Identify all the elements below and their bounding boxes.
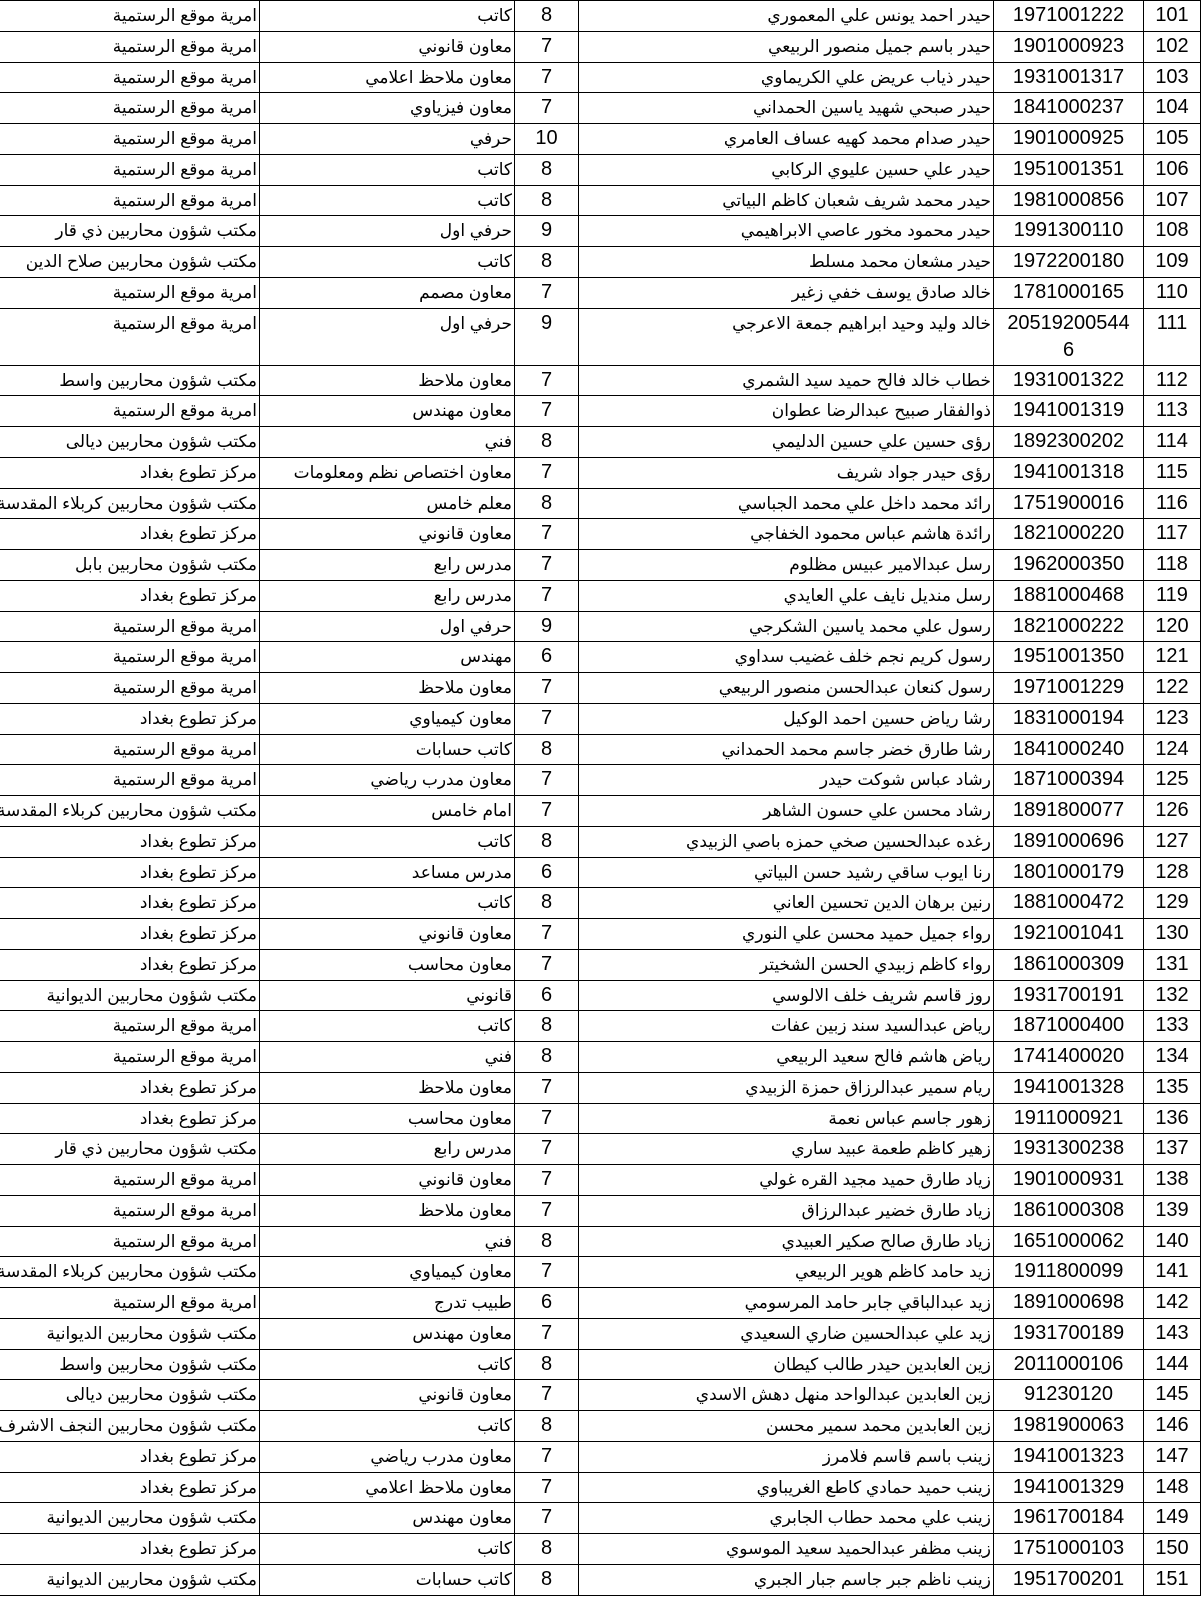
cell-id-number: 205192005446 [994, 308, 1144, 365]
cell-row-number: 129 [1144, 888, 1201, 919]
cell-grade: 9 [515, 216, 579, 247]
cell-office: مكتب شؤون محاربين كربلاء المقدسة [0, 796, 260, 827]
cell-job-title: معاون مدرب رياضي [260, 765, 515, 796]
table-row: 1201821000222رسول علي محمد ياسين الشكرجي… [0, 611, 1201, 642]
cell-office: امرية موقع الرستمية [0, 734, 260, 765]
cell-row-number: 142 [1144, 1288, 1201, 1319]
cell-row-number: 128 [1144, 857, 1201, 888]
cell-id-number: 1931700189 [994, 1318, 1144, 1349]
cell-grade: 8 [515, 1226, 579, 1257]
cell-job-title: معاون مصمم [260, 277, 515, 308]
cell-office: مكتب شؤون محاربين واسط [0, 1349, 260, 1380]
cell-office: مكتب شؤون محاربين الديوانية [0, 980, 260, 1011]
cell-row-number: 109 [1144, 247, 1201, 278]
cell-job-title: مدرس مساعد [260, 857, 515, 888]
cell-full-name: زينب حميد حمادي كاطع الغريباوي [579, 1472, 994, 1503]
cell-grade: 9 [515, 611, 579, 642]
cell-id-number: 1931300238 [994, 1134, 1144, 1165]
cell-full-name: حيدر باسم جميل منصور الربيعي [579, 31, 994, 62]
cell-row-number: 104 [1144, 93, 1201, 124]
cell-office: امرية موقع الرستمية [0, 1165, 260, 1196]
cell-job-title: معاون ملاحظ [260, 673, 515, 704]
cell-office: امرية موقع الرستمية [0, 1042, 260, 1073]
cell-job-title: حرفي اول [260, 216, 515, 247]
cell-full-name: رياض هاشم فالح سعيد الربيعي [579, 1042, 994, 1073]
cell-grade: 7 [515, 1195, 579, 1226]
cell-office: مركز تطوع بغداد [0, 1103, 260, 1134]
table-row: 1442011000106زين العابدين حيدر طالب كيطا… [0, 1349, 1201, 1380]
cell-row-number: 150 [1144, 1534, 1201, 1565]
cell-office: امرية موقع الرستمية [0, 1, 260, 32]
cell-full-name: حيدر ذياب عريض علي الكريماوي [579, 62, 994, 93]
cell-id-number: 1972200180 [994, 247, 1144, 278]
cell-grade: 7 [515, 457, 579, 488]
cell-id-number: 1891000698 [994, 1288, 1144, 1319]
cell-grade: 6 [515, 857, 579, 888]
cell-id-number: 1911800099 [994, 1257, 1144, 1288]
table-row: 1411911800099زيد حامد كاظم هوير الربيعي7… [0, 1257, 1201, 1288]
cell-job-title: امام خامس [260, 796, 515, 827]
cell-office: امرية موقع الرستمية [0, 396, 260, 427]
cell-office: امرية موقع الرستمية [0, 277, 260, 308]
cell-office: امرية موقع الرستمية [0, 765, 260, 796]
table-row: 1421891000698زيد عبدالباقي جابر حامد الم… [0, 1288, 1201, 1319]
cell-grade: 7 [515, 949, 579, 980]
table-row: 1211951001350رسول كريم نجم خلف غضيب سداو… [0, 642, 1201, 673]
table-row: 1021901000923حيدر باسم جميل منصور الربيع… [0, 31, 1201, 62]
cell-grade: 8 [515, 185, 579, 216]
cell-full-name: حيدر صدام محمد كهيه عساف العامري [579, 124, 994, 155]
cell-full-name: خطاب خالد فالح حميد سيد الشمري [579, 365, 994, 396]
cell-job-title: معاون محاسب [260, 1103, 515, 1134]
table-row: 1061951001351حيدر علي حسين عليوي الركابي… [0, 154, 1201, 185]
cell-row-number: 130 [1144, 919, 1201, 950]
table-row: 1371931300238زهير كاظم طعمة عبيد ساري7مد… [0, 1134, 1201, 1165]
table-row: 1471941001323زينب باسم قاسم فلامرز7معاون… [0, 1441, 1201, 1472]
cell-job-title: معاون مهندس [260, 1318, 515, 1349]
table-row: 1231831000194رشا رياض حسين احمد الوكيل7م… [0, 703, 1201, 734]
cell-row-number: 127 [1144, 826, 1201, 857]
cell-row-number: 108 [1144, 216, 1201, 247]
cell-full-name: رياض عبدالسيد سند زبين عفات [579, 1011, 994, 1042]
cell-job-title: مهندس [260, 642, 515, 673]
cell-full-name: رؤى حسين علي حسين الدليمي [579, 427, 994, 458]
cell-full-name: حيدر محمود مخور عاصي الابراهيمي [579, 216, 994, 247]
cell-job-title: كاتب [260, 1349, 515, 1380]
cell-grade: 7 [515, 519, 579, 550]
cell-id-number: 1991300110 [994, 216, 1144, 247]
cell-id-number: 1931001317 [994, 62, 1144, 93]
cell-office: مكتب شؤون محاربين الديوانية [0, 1564, 260, 1595]
cell-office: مركز تطوع بغداد [0, 826, 260, 857]
cell-job-title: معاون مهندس [260, 1503, 515, 1534]
cell-id-number: 1901000931 [994, 1165, 1144, 1196]
cell-full-name: رائدة هاشم عباس محمود الخفاجي [579, 519, 994, 550]
cell-office: امرية موقع الرستمية [0, 308, 260, 365]
table-row: 1491961700184زينب علي محمد حطاب الجابري7… [0, 1503, 1201, 1534]
cell-job-title: كاتب [260, 1411, 515, 1442]
cell-job-title: قانوني [260, 980, 515, 1011]
cell-office: مكتب شؤون محاربين ذي قار [0, 216, 260, 247]
cell-row-number: 137 [1144, 1134, 1201, 1165]
cell-full-name: رغده عبدالحسين صخي حمزه باصي الزبيدي [579, 826, 994, 857]
cell-row-number: 119 [1144, 580, 1201, 611]
cell-row-number: 138 [1144, 1165, 1201, 1196]
table-row: 1331871000400رياض عبدالسيد سند زبين عفات… [0, 1011, 1201, 1042]
cell-full-name: روز قاسم شريف خلف الالوسي [579, 980, 994, 1011]
cell-full-name: رسول كنعان عبدالحسن منصور الربيعي [579, 673, 994, 704]
cell-grade: 7 [515, 31, 579, 62]
cell-full-name: رائد محمد داخل علي محمد الجباسي [579, 488, 994, 519]
cell-job-title: معاون مدرب رياضي [260, 1441, 515, 1472]
cell-full-name: حيدر محمد شريف شعبان كاظم البياتي [579, 185, 994, 216]
cell-office: مكتب شؤون محاربين ذي قار [0, 1134, 260, 1165]
cell-full-name: زينب ناظم جبر جاسم جبار الجبري [579, 1564, 994, 1595]
cell-id-number: 1892300202 [994, 427, 1144, 458]
cell-job-title: مدرس رابع [260, 580, 515, 611]
cell-grade: 8 [515, 488, 579, 519]
cell-id-number: 1881000472 [994, 888, 1144, 919]
cell-grade: 8 [515, 1534, 579, 1565]
table-row: 1241841000240رشا طارق خضر جاسم محمد الحم… [0, 734, 1201, 765]
cell-row-number: 145 [1144, 1380, 1201, 1411]
table-row: 1321931700191روز قاسم شريف خلف الالوسي6ق… [0, 980, 1201, 1011]
cell-full-name: رسل منديل نايف علي العايدي [579, 580, 994, 611]
cell-row-number: 144 [1144, 1349, 1201, 1380]
cell-grade: 8 [515, 1349, 579, 1380]
cell-id-number: 1821000220 [994, 519, 1144, 550]
cell-row-number: 112 [1144, 365, 1201, 396]
cell-full-name: حيدر صبحي شهيد ياسين الحمداني [579, 93, 994, 124]
table-row: 1141892300202رؤى حسين علي حسين الدليمي8ف… [0, 427, 1201, 458]
cell-grade: 8 [515, 826, 579, 857]
cell-job-title: معاون قانوني [260, 1380, 515, 1411]
cell-row-number: 102 [1144, 31, 1201, 62]
cell-id-number: 1971001229 [994, 673, 1144, 704]
cell-full-name: زياد طارق حميد مجيد القره غولي [579, 1165, 994, 1196]
table-row: 1191881000468رسل منديل نايف علي العايدي7… [0, 580, 1201, 611]
table-row: 1091972200180حيدر مشعان محمد مسلط8كاتبمك… [0, 247, 1201, 278]
cell-grade: 8 [515, 154, 579, 185]
cell-row-number: 121 [1144, 642, 1201, 673]
cell-office: مركز تطوع بغداد [0, 949, 260, 980]
cell-office: مكتب شؤون محاربين كربلاء المقدسة [0, 488, 260, 519]
cell-job-title: فني [260, 427, 515, 458]
cell-full-name: رواء جميل حميد محسن علي النوري [579, 919, 994, 950]
cell-office: مركز تطوع بغداد [0, 1534, 260, 1565]
table-row: 1171821000220رائدة هاشم عباس محمود الخفا… [0, 519, 1201, 550]
cell-office: امرية موقع الرستمية [0, 673, 260, 704]
cell-id-number: 1881000468 [994, 580, 1144, 611]
cell-job-title: كاتب حسابات [260, 734, 515, 765]
cell-full-name: زياد طارق خضير عبدالرزاق [579, 1195, 994, 1226]
cell-full-name: زين العابدين حيدر طالب كيطان [579, 1349, 994, 1380]
table-row: 1031931001317حيدر ذياب عريض علي الكريماو… [0, 62, 1201, 93]
cell-id-number: 1871000400 [994, 1011, 1144, 1042]
cell-grade: 7 [515, 765, 579, 796]
cell-job-title: معلم خامس [260, 488, 515, 519]
cell-office: امرية موقع الرستمية [0, 93, 260, 124]
cell-full-name: رؤى حيدر جواد شريف [579, 457, 994, 488]
cell-office: مكتب شؤون محاربين بابل [0, 550, 260, 581]
cell-id-number: 1941001328 [994, 1072, 1144, 1103]
cell-grade: 7 [515, 93, 579, 124]
cell-full-name: زياد طارق صالح صكير العبيدي [579, 1226, 994, 1257]
cell-grade: 7 [515, 919, 579, 950]
table-row: 1221971001229رسول كنعان عبدالحسن منصور ا… [0, 673, 1201, 704]
cell-id-number: 1961700184 [994, 1503, 1144, 1534]
cell-grade: 9 [515, 308, 579, 365]
cell-id-number: 1931700191 [994, 980, 1144, 1011]
cell-row-number: 139 [1144, 1195, 1201, 1226]
table-row: 1161751900016رائد محمد داخل علي محمد الج… [0, 488, 1201, 519]
table-row: 1301921001041رواء جميل حميد محسن علي الن… [0, 919, 1201, 950]
table-row: 1511951700201زينب ناظم جبر جاسم جبار الج… [0, 1564, 1201, 1595]
cell-full-name: زين العابدين محمد سمير محسن [579, 1411, 994, 1442]
cell-office: امرية موقع الرستمية [0, 1195, 260, 1226]
cell-job-title: فني [260, 1226, 515, 1257]
cell-full-name: حيدر مشعان محمد مسلط [579, 247, 994, 278]
cell-grade: 8 [515, 1564, 579, 1595]
cell-full-name: خالد وليد وحيد ابراهيم جمعة الاعرجي [579, 308, 994, 365]
cell-office: مركز تطوع بغداد [0, 703, 260, 734]
table-row: 1281801000179رنا ايوب ساقي رشيد حسن البي… [0, 857, 1201, 888]
cell-row-number: 101 [1144, 1, 1201, 32]
cell-grade: 7 [515, 365, 579, 396]
cell-id-number: 1901000923 [994, 31, 1144, 62]
cell-row-number: 113 [1144, 396, 1201, 427]
cell-id-number: 1861000308 [994, 1195, 1144, 1226]
table-row: 1481941001329زينب حميد حمادي كاطع الغريب… [0, 1472, 1201, 1503]
table-row: 1291881000472رنين برهان الدين تحسين العا… [0, 888, 1201, 919]
table-row: 1271891000696رغده عبدالحسين صخي حمزه باص… [0, 826, 1201, 857]
cell-job-title: معاون ملاحظ [260, 1195, 515, 1226]
cell-full-name: رشاد عباس شوكت حيدر [579, 765, 994, 796]
cell-grade: 7 [515, 1072, 579, 1103]
cell-grade: 7 [515, 1134, 579, 1165]
cell-row-number: 115 [1144, 457, 1201, 488]
cell-row-number: 122 [1144, 673, 1201, 704]
cell-office: امرية موقع الرستمية [0, 1011, 260, 1042]
cell-job-title: فني [260, 1042, 515, 1073]
cell-row-number: 149 [1144, 1503, 1201, 1534]
cell-grade: 7 [515, 396, 579, 427]
cell-id-number: 1741400020 [994, 1042, 1144, 1073]
cell-job-title: معاون قانوني [260, 31, 515, 62]
cell-row-number: 135 [1144, 1072, 1201, 1103]
cell-office: مكتب شؤون محاربين واسط [0, 365, 260, 396]
cell-row-number: 125 [1144, 765, 1201, 796]
cell-id-number: 1951001350 [994, 642, 1144, 673]
cell-full-name: زينب علي محمد حطاب الجابري [579, 1503, 994, 1534]
cell-id-number: 1931001322 [994, 365, 1144, 396]
table-row: 1341741400020رياض هاشم فالح سعيد الربيعي… [0, 1042, 1201, 1073]
cell-job-title: كاتب [260, 1011, 515, 1042]
cell-full-name: زين العابدين عبدالواحد منهل دهش الاسدي [579, 1380, 994, 1411]
cell-id-number: 1941001323 [994, 1441, 1144, 1472]
cell-office: امرية موقع الرستمية [0, 642, 260, 673]
cell-row-number: 107 [1144, 185, 1201, 216]
cell-job-title: مدرس رابع [260, 550, 515, 581]
cell-row-number: 143 [1144, 1318, 1201, 1349]
cell-grade: 6 [515, 980, 579, 1011]
cell-office: امرية موقع الرستمية [0, 185, 260, 216]
cell-id-number: 1751900016 [994, 488, 1144, 519]
cell-full-name: زهور جاسم عباس نعمة [579, 1103, 994, 1134]
table-row: 1051901000925حيدر صدام محمد كهيه عساف ال… [0, 124, 1201, 155]
cell-office: امرية موقع الرستمية [0, 611, 260, 642]
cell-row-number: 118 [1144, 550, 1201, 581]
table-row: 1361911000921زهور جاسم عباس نعمة7معاون م… [0, 1103, 1201, 1134]
cell-job-title: معاون ملاحظ [260, 365, 515, 396]
cell-office: مركز تطوع بغداد [0, 1472, 260, 1503]
table-row: 1501751000103زينب مظفر عبدالحميد سعيد ال… [0, 1534, 1201, 1565]
cell-grade: 7 [515, 703, 579, 734]
cell-grade: 8 [515, 1011, 579, 1042]
table-row: 1071981000856حيدر محمد شريف شعبان كاظم ا… [0, 185, 1201, 216]
cell-grade: 8 [515, 1411, 579, 1442]
cell-grade: 7 [515, 1472, 579, 1503]
cell-grade: 8 [515, 1042, 579, 1073]
cell-job-title: حرفي [260, 124, 515, 155]
cell-id-number: 1781000165 [994, 277, 1144, 308]
cell-id-number: 1891000696 [994, 826, 1144, 857]
cell-job-title: معاون محاسب [260, 949, 515, 980]
cell-full-name: رنين برهان الدين تحسين العاني [579, 888, 994, 919]
cell-job-title: كاتب [260, 1534, 515, 1565]
cell-id-number: 1831000194 [994, 703, 1144, 734]
cell-id-number: 1921001041 [994, 919, 1144, 950]
cell-office: مكتب شؤون محاربين الديوانية [0, 1503, 260, 1534]
cell-id-number: 1971001222 [994, 1, 1144, 32]
table-row: 1011971001222حيدر احمد يونس علي المعموري… [0, 1, 1201, 32]
cell-office: مركز تطوع بغداد [0, 457, 260, 488]
cell-job-title: كاتب [260, 185, 515, 216]
cell-job-title: معاون قانوني [260, 919, 515, 950]
cell-full-name: حيدر علي حسين عليوي الركابي [579, 154, 994, 185]
cell-job-title: معاون قانوني [260, 519, 515, 550]
cell-office: امرية موقع الرستمية [0, 124, 260, 155]
cell-row-number: 136 [1144, 1103, 1201, 1134]
cell-grade: 7 [515, 1165, 579, 1196]
cell-office: مكتب شؤون محاربين ديالى [0, 1380, 260, 1411]
cell-full-name: حيدر احمد يونس علي المعموري [579, 1, 994, 32]
cell-office: مكتب شؤون محاربين الديوانية [0, 1318, 260, 1349]
table-row: 1391861000308زياد طارق خضير عبدالرزاق7مع… [0, 1195, 1201, 1226]
cell-grade: 10 [515, 124, 579, 155]
cell-row-number: 133 [1144, 1011, 1201, 1042]
cell-row-number: 116 [1144, 488, 1201, 519]
table-row: 1401651000062زياد طارق صالح صكير العبيدي… [0, 1226, 1201, 1257]
cell-grade: 7 [515, 62, 579, 93]
cell-job-title: حرفي اول [260, 611, 515, 642]
cell-full-name: زهير كاظم طعمة عبيد ساري [579, 1134, 994, 1165]
cell-grade: 6 [515, 1288, 579, 1319]
cell-row-number: 141 [1144, 1257, 1201, 1288]
cell-id-number: 91230120 [994, 1380, 1144, 1411]
cell-row-number: 146 [1144, 1411, 1201, 1442]
cell-row-number: 131 [1144, 949, 1201, 980]
cell-job-title: كاتب [260, 888, 515, 919]
cell-job-title: معاون ملاحظ اعلامي [260, 1472, 515, 1503]
cell-full-name: رشاد محسن علي حسون الشاهر [579, 796, 994, 827]
cell-full-name: خالد صادق يوسف خفي زغير [579, 277, 994, 308]
cell-grade: 6 [515, 642, 579, 673]
cell-office: مركز تطوع بغداد [0, 1072, 260, 1103]
cell-row-number: 106 [1144, 154, 1201, 185]
cell-id-number: 1841000237 [994, 93, 1144, 124]
cell-id-number: 1911000921 [994, 1103, 1144, 1134]
cell-office: مركز تطوع بغداد [0, 519, 260, 550]
cell-grade: 7 [515, 1503, 579, 1534]
table-row: 1351941001328ريام سمير عبدالرزاق حمزة ال… [0, 1072, 1201, 1103]
cell-row-number: 117 [1144, 519, 1201, 550]
cell-row-number: 132 [1144, 980, 1201, 1011]
table-row: 1151941001318رؤى حيدر جواد شريف7معاون اخ… [0, 457, 1201, 488]
cell-job-title: معاون كيمياوي [260, 1257, 515, 1288]
cell-row-number: 140 [1144, 1226, 1201, 1257]
table-row: 1121931001322خطاب خالد فالح حميد سيد الش… [0, 365, 1201, 396]
cell-office: امرية موقع الرستمية [0, 1288, 260, 1319]
cell-row-number: 148 [1144, 1472, 1201, 1503]
cell-office: مركز تطوع بغداد [0, 857, 260, 888]
table-row: 1251871000394رشاد عباس شوكت حيدر7معاون م… [0, 765, 1201, 796]
cell-id-number: 1801000179 [994, 857, 1144, 888]
cell-full-name: رشا طارق خضر جاسم محمد الحمداني [579, 734, 994, 765]
table-row: 1381901000931زياد طارق حميد مجيد القره غ… [0, 1165, 1201, 1196]
table-row: 111205192005446خالد وليد وحيد ابراهيم جم… [0, 308, 1201, 365]
cell-grade: 7 [515, 796, 579, 827]
cell-row-number: 111 [1144, 308, 1201, 365]
cell-job-title: معاون كيمياوي [260, 703, 515, 734]
cell-id-number: 1951001351 [994, 154, 1144, 185]
cell-office: مكتب شؤون محاربين النجف الاشرف [0, 1411, 260, 1442]
cell-grade: 8 [515, 247, 579, 278]
cell-job-title: معاون قانوني [260, 1165, 515, 1196]
cell-id-number: 1651000062 [994, 1226, 1144, 1257]
table-row: 1081991300110حيدر محمود مخور عاصي الابرا… [0, 216, 1201, 247]
cell-full-name: رشا رياض حسين احمد الوكيل [579, 703, 994, 734]
cell-id-number: 2011000106 [994, 1349, 1144, 1380]
cell-office: مكتب شؤون محاربين كربلاء المقدسة [0, 1257, 260, 1288]
cell-row-number: 110 [1144, 277, 1201, 308]
cell-job-title: كاتب حسابات [260, 1564, 515, 1595]
cell-job-title: طبيب تدرج [260, 1288, 515, 1319]
cell-office: مركز تطوع بغداد [0, 1441, 260, 1472]
cell-id-number: 1941001319 [994, 396, 1144, 427]
cell-grade: 7 [515, 1257, 579, 1288]
cell-job-title: معاون فيزياوي [260, 93, 515, 124]
cell-grade: 8 [515, 888, 579, 919]
cell-row-number: 114 [1144, 427, 1201, 458]
cell-id-number: 1841000240 [994, 734, 1144, 765]
table-row: 1261891800077رشاد محسن علي حسون الشاهر7ا… [0, 796, 1201, 827]
cell-grade: 8 [515, 427, 579, 458]
cell-office: مكتب شؤون محاربين صلاح الدين [0, 247, 260, 278]
cell-id-number: 1751000103 [994, 1534, 1144, 1565]
cell-id-number: 1962000350 [994, 550, 1144, 581]
cell-job-title: كاتب [260, 1, 515, 32]
cell-grade: 7 [515, 580, 579, 611]
cell-job-title: مدرس رابع [260, 1134, 515, 1165]
table-row: 1181962000350رسل عبدالامير عبيس مظلوم7مد… [0, 550, 1201, 581]
cell-id-number: 1821000222 [994, 611, 1144, 642]
cell-full-name: ذوالفقار صبيح عبدالرضا عطوان [579, 396, 994, 427]
cell-grade: 8 [515, 734, 579, 765]
cell-full-name: رنا ايوب ساقي رشيد حسن البياتي [579, 857, 994, 888]
cell-job-title: معاون مهندس [260, 396, 515, 427]
table-row: 1431931700189زيد علي عبدالحسين ضاري السع… [0, 1318, 1201, 1349]
